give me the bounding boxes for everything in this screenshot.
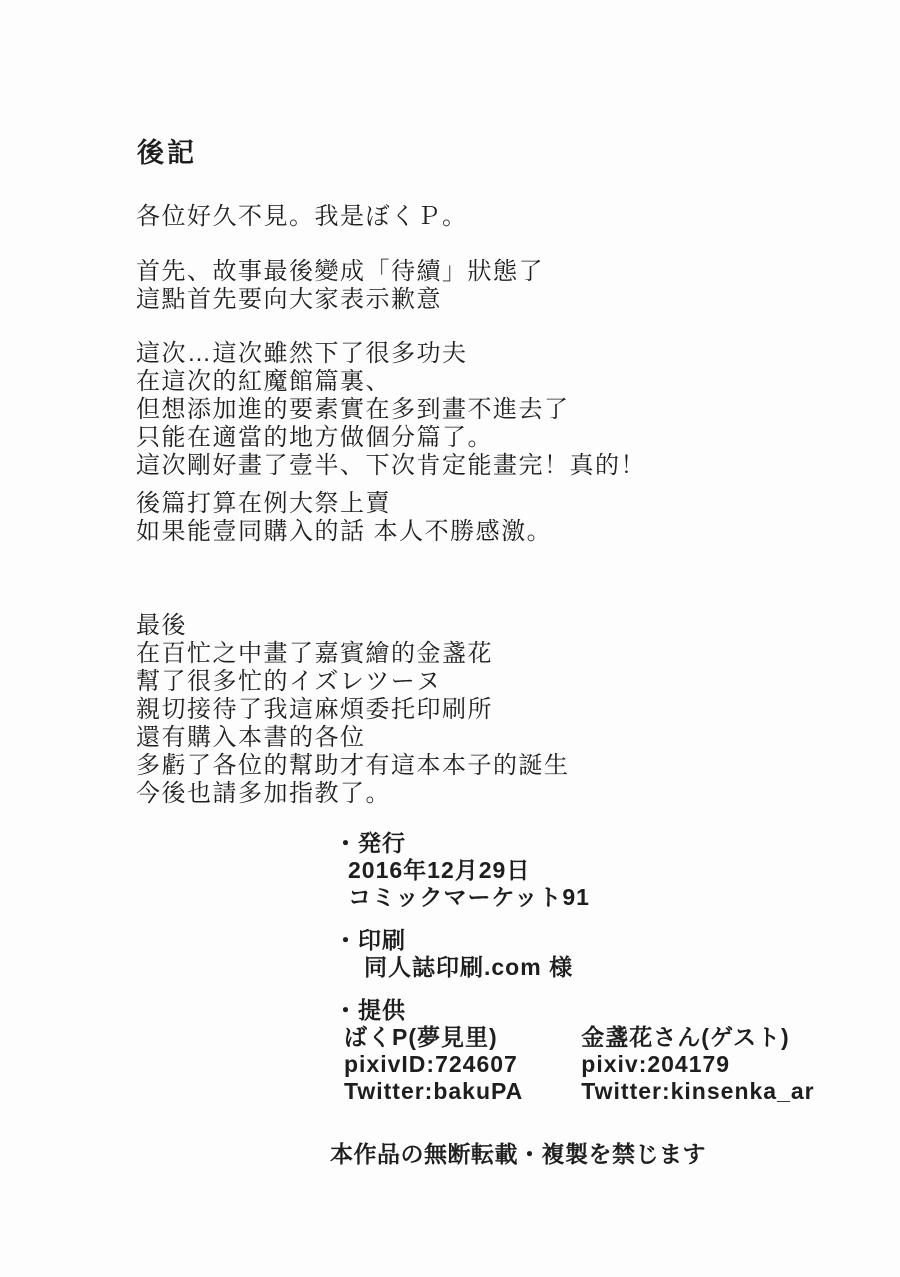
text-line: 這點首先要向大家表示歉意 — [136, 286, 544, 314]
text-line: 在百忙之中畫了嘉賓繪的金盞花 — [136, 640, 570, 668]
guest-pixiv: pixiv:204179 — [581, 1051, 814, 1078]
paragraph-apology: 首先、故事最後變成「待續」狀態了 這點首先要向大家表示歉意 — [136, 258, 544, 314]
text-line: 多虧了各位的幫助才有這本本子的誕生 — [136, 752, 570, 780]
colophon: ・発行 2016年12月29日 コミックマーケット91 ・印刷 同人誌印刷.co… — [334, 830, 815, 1121]
credit-author: ばくP(夢見里) pixivID:724607 Twitter:bakuPA — [344, 1024, 523, 1105]
author-pixiv: pixivID:724607 — [344, 1051, 523, 1078]
text-line: 今後也請多加指教了。 — [136, 780, 570, 808]
credit-columns: ばくP(夢見里) pixivID:724607 Twitter:bakuPA 金… — [334, 1024, 815, 1105]
credits-label: ・提供 — [334, 997, 815, 1024]
colophon-publication: ・発行 2016年12月29日 コミックマーケット91 — [334, 830, 815, 911]
colophon-credits: ・提供 ばくP(夢見里) pixivID:724607 Twitter:baku… — [334, 997, 815, 1105]
text-line: 在這次的紅魔館篇裏、 — [136, 368, 646, 396]
paragraph-next-volume: 後篇打算在例大祭上賣 如果能壹同購入的話 本人不勝感激。 — [136, 490, 552, 546]
printing-label: ・印刷 — [334, 927, 815, 954]
credit-guest: 金盞花さん(ゲスト) pixiv:204179 Twitter:kinsenka… — [581, 1024, 814, 1105]
printing-printer: 同人誌印刷.com 様 — [334, 954, 815, 981]
text-line: 但想添加進的要素實在多到畫不進去了 — [136, 396, 646, 424]
text-line: 還有購入本書的各位 — [136, 724, 570, 752]
guest-name: 金盞花さん(ゲスト) — [581, 1024, 814, 1051]
text-line: 後篇打算在例大祭上賣 — [136, 490, 552, 518]
text-line: 幫了很多忙的イズレツーヌ — [136, 668, 570, 696]
page-title: 後記 — [137, 131, 197, 170]
text-line: 最後 — [136, 612, 570, 640]
afterword-page: 後記 各位好久不見。我是ぼくＰ。 首先、故事最後變成「待續」狀態了 這點首先要向… — [0, 0, 900, 1277]
publication-label: ・発行 — [334, 830, 815, 857]
paragraph-volume-notes: 這次…這次雖然下了很多功夫 在這次的紅魔館篇裏、 但想添加進的要素實在多到畫不進… — [136, 340, 646, 480]
guest-twitter: Twitter:kinsenka_ar — [581, 1078, 814, 1105]
publication-date: 2016年12月29日 — [334, 857, 815, 884]
text-line: 這次剛好畫了壹半、下次肯定能畫完！真的！ — [136, 452, 646, 480]
author-name: ばくP(夢見里) — [344, 1024, 523, 1051]
colophon-printing: ・印刷 同人誌印刷.com 様 — [334, 927, 815, 981]
text-line: 首先、故事最後變成「待續」狀態了 — [136, 258, 544, 286]
paragraph-greeting: 各位好久不見。我是ぼくＰ。 — [136, 203, 468, 231]
copyright-notice: 本作品の無断転載・複製を禁じます — [330, 1136, 660, 1169]
text-line: 這次…這次雖然下了很多功夫 — [136, 340, 646, 368]
text-line: 如果能壹同購入的話 本人不勝感激。 — [136, 518, 552, 546]
text-line: 只能在適當的地方做個分篇了。 — [136, 424, 646, 452]
text-line: 親切接待了我這麻煩委托印刷所 — [136, 696, 570, 724]
publication-event: コミックマーケット91 — [334, 884, 815, 911]
author-twitter: Twitter:bakuPA — [344, 1078, 523, 1105]
paragraph-thanks: 最後 在百忙之中畫了嘉賓繪的金盞花 幫了很多忙的イズレツーヌ 親切接待了我這麻煩… — [136, 612, 570, 808]
text-line: 各位好久不見。我是ぼくＰ。 — [136, 203, 468, 231]
